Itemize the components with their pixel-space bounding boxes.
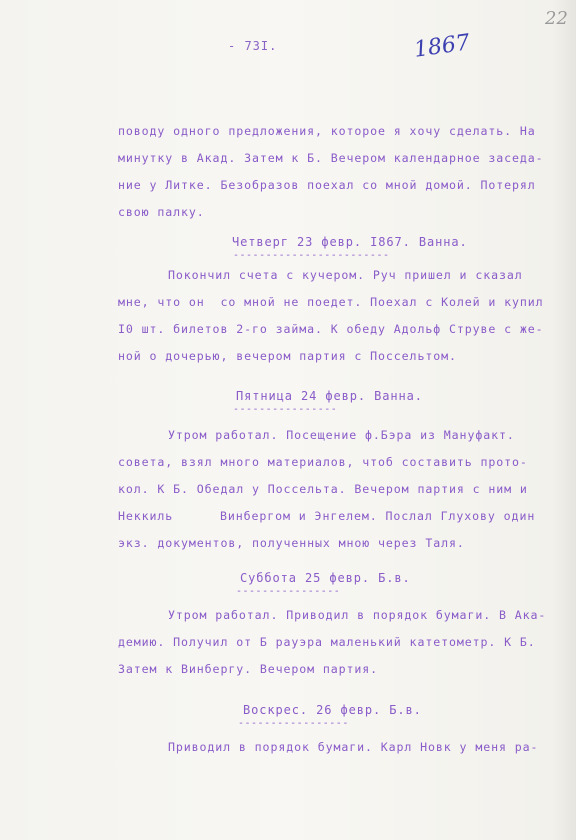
text-line: экз. документов, полученных мною через Т… [118, 536, 465, 550]
handwritten-folio-number: 22 [545, 8, 568, 29]
heading-underline: ---------------- [236, 586, 340, 597]
text-line: поводу одного предложения, которое я хоч… [118, 124, 536, 138]
text-line: Утром работал. Приводил в порядок бумаги… [168, 608, 546, 622]
handwritten-year: 1867 [413, 30, 472, 63]
text-line: Приводил в порядок бумаги. Карл Новк у м… [168, 740, 538, 754]
entry-heading: Пятница 24 февр. Ванна. [236, 389, 423, 403]
text-line: Затем к Винбергу. Вечером партия. [118, 662, 378, 676]
entry-heading: Суббота 25 февр. Б.в. [240, 571, 411, 585]
heading-underline: ----------------- [238, 718, 349, 729]
text-line: минутку в Акад. Затем к Б. Вечером кален… [118, 151, 544, 165]
heading-underline: ---------------- [233, 404, 337, 415]
text-line: Винбергом и Энгелем. Послал Глухову один [220, 509, 535, 523]
entry-heading: Четверг 23 февр. I867. Ванна. [232, 235, 468, 249]
text-line: совета, взял много материалов, чтоб сост… [118, 455, 528, 469]
entry-heading: Воскрес. 26 февр. Б.в. [243, 703, 422, 717]
text-line: кол. К Б. Обедал у Поссельта. Вечером па… [118, 482, 528, 496]
struck-word: Неккиль [118, 509, 173, 523]
document-page: - 73I. 1867 22 поводу одного предложения… [0, 0, 576, 840]
text-line: I0 шт. билетов 2-го займа. К обеду Адоль… [118, 322, 544, 336]
text-line: ной о дочерью, вечером партия с Поссельт… [118, 349, 457, 363]
heading-underline: ------------------------ [233, 250, 390, 261]
page-number: - 73I. [228, 39, 277, 53]
text-line: свою палку. [118, 205, 205, 219]
text-line: ние у Литке. Безобразов поехал со мной д… [118, 178, 536, 192]
text-line: Утром работал. Посещение ф.Бэра из Мануф… [168, 428, 515, 442]
text-line: демию. Получил от Б рауэра маленький кат… [118, 635, 536, 649]
text-line: Покончил счета с кучером. Руч пришел и с… [168, 268, 523, 282]
text-line: мне, что он со мной не поедет. Поехал с … [118, 295, 544, 309]
